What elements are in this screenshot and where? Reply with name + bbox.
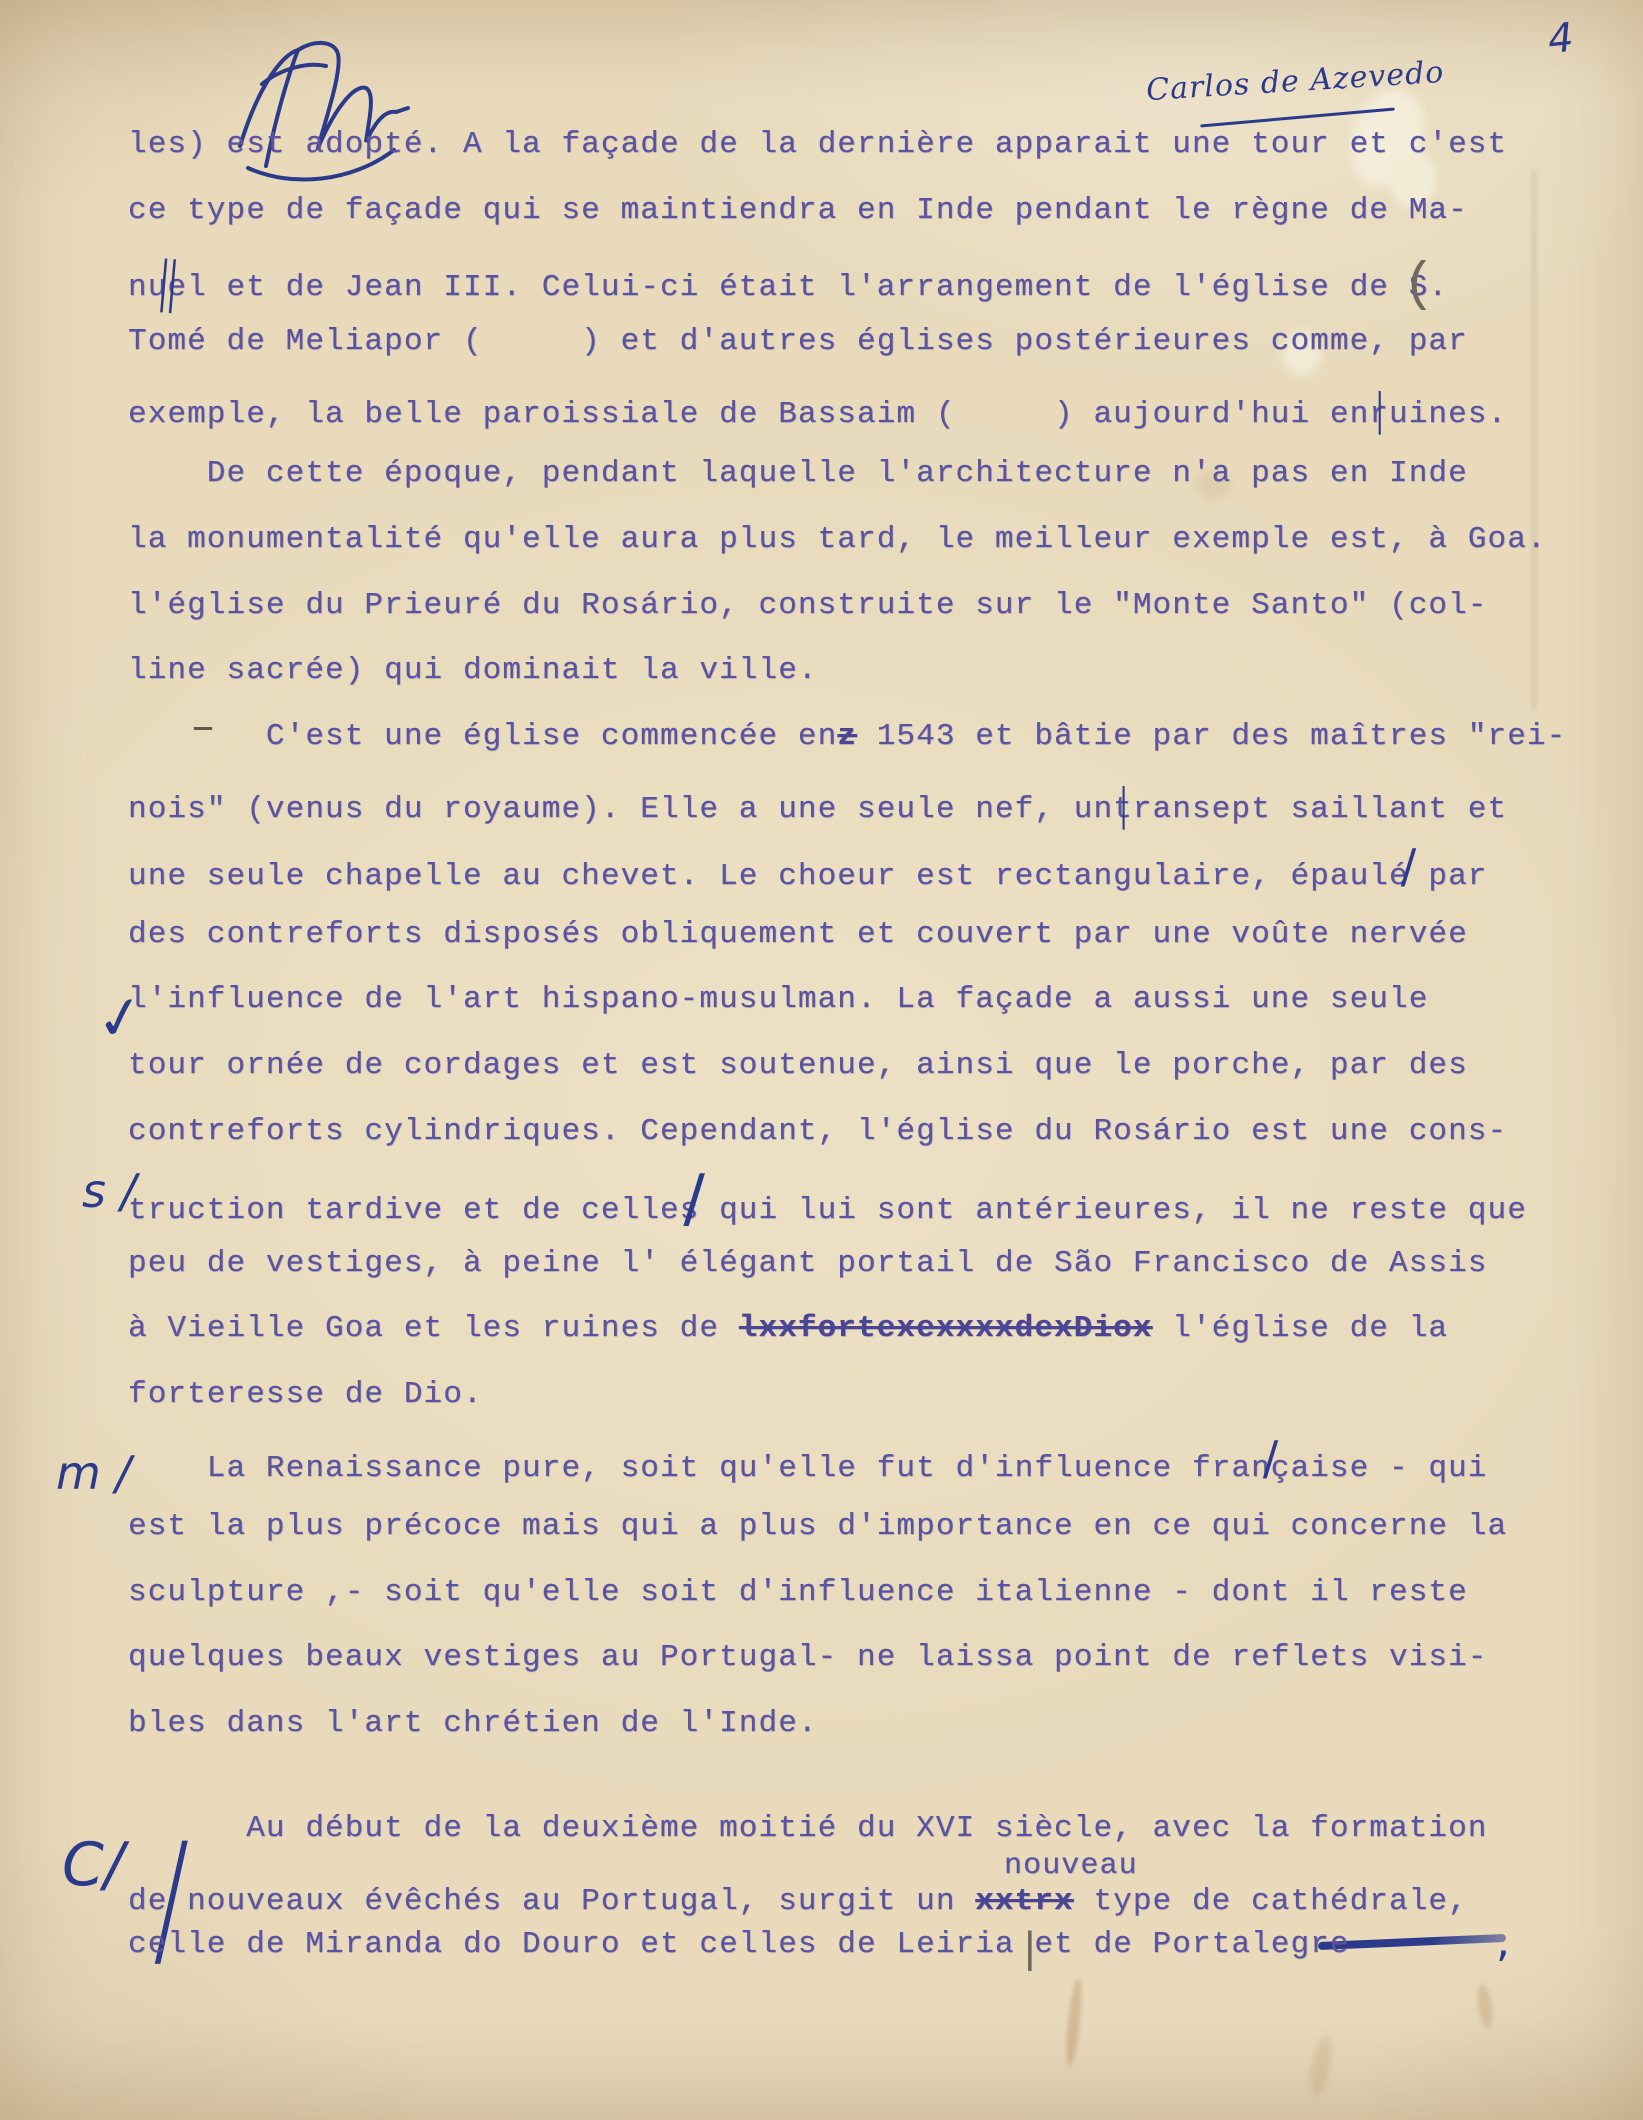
typed-text: exemple, la belle paroissiale de Bassaim… xyxy=(128,397,1369,432)
typed-text: çaise - qui xyxy=(1271,1451,1488,1486)
typed-line: les) est adopté. A la façade de la derni… xyxy=(128,112,1588,178)
paper-stain xyxy=(1475,1983,1495,2029)
typed-line: tour ornée de cordages et est soutenue, … xyxy=(128,1033,1588,1099)
typed-text: qui lui sont antérieures, il ne reste qu… xyxy=(699,1193,1527,1228)
typed-line: exemple, la belle paroissiale de Bassaim… xyxy=(128,375,1588,441)
typed-interline-insert: nouveau xyxy=(128,1851,1588,1885)
typed-line: truction tardive et de celles/ qui lui s… xyxy=(128,1165,1588,1231)
typed-text: 1543 et bâtie par des maîtres "rei- xyxy=(857,719,1566,754)
struck-character: z xyxy=(837,719,857,754)
typed-text: et de Jean III. Celui-ci était l'arrange… xyxy=(207,270,1409,305)
typed-line: est la plus précoce mais qui a plus d'im… xyxy=(128,1494,1588,1560)
typed-line: line sacrée) qui dominait la ville. xyxy=(128,638,1588,704)
typed-text: type de cathédrale, xyxy=(1074,1884,1468,1919)
typed-line: l'église du Prieuré du Rosário, construi… xyxy=(128,573,1588,639)
typed-line: une seule chapelle au chevet. Le choeur … xyxy=(128,836,1588,902)
typed-text-block: les) est adopté. A la façade de la derni… xyxy=(128,112,1588,1963)
typed-line: contreforts cylindriques. Cependant, l'é… xyxy=(128,1099,1588,1165)
typed-line: la monumentalité qu'elle aura plus tard,… xyxy=(128,507,1588,573)
document-page: Carlos de Azevedo 4 — ✓ s / m / C/ / , l… xyxy=(0,0,1643,2120)
typed-line: peu de vestiges, à peine l' élégant port… xyxy=(128,1231,1588,1297)
typed-text: l'église de la xyxy=(1153,1311,1449,1346)
typed-line: quelques beaux vestiges au Portugal- ne … xyxy=(128,1625,1588,1691)
typed-line: forteresse de Dio. xyxy=(128,1362,1588,1428)
typed-text: transept saillant et xyxy=(1113,792,1507,827)
typed-text: truction tardive et de celles xyxy=(128,1193,699,1228)
typed-text: nois" (venus du royaume). Elle a une seu… xyxy=(128,792,1113,827)
typed-line: ce type de façade qui se maintiendra en … xyxy=(128,178,1588,244)
struck-out-text: xxtrx xyxy=(975,1884,1074,1919)
handwritten-signature: Carlos de Azevedo xyxy=(1145,55,1445,108)
struck-out-text: lxxfortexexxxxdexDiox xyxy=(739,1311,1153,1346)
paper-stain xyxy=(1307,2035,1335,2097)
typed-line: De cette époque, pendant laquelle l'arch… xyxy=(128,441,1588,507)
typed-line: Au début de la deuxième moitié du XVI si… xyxy=(128,1807,1588,1851)
margin-c-mark: C/ xyxy=(62,1830,124,1900)
typed-line: de nouveaux évêchés au Portugal, surgit … xyxy=(128,1885,1588,1923)
margin-m-mark: m / xyxy=(56,1446,131,1500)
typed-text: C'est une église commencée en xyxy=(128,719,837,754)
typed-line: celle de Miranda do Douro et celles de L… xyxy=(128,1923,1588,1963)
typed-line: La Renaissance pure, soit qu'elle fut d'… xyxy=(128,1428,1588,1494)
typed-text: de nouveaux évêchés au Portugal, surgit … xyxy=(128,1884,975,1919)
typed-text: ruines. xyxy=(1369,397,1507,432)
page-number: 4 xyxy=(1546,15,1576,63)
typed-line: nuel‖ et de Jean III. Celui-ci était l'a… xyxy=(128,244,1588,310)
typed-line: C'est une église commencée enz 1543 et b… xyxy=(128,704,1588,770)
typed-line: l'influence de l'art hispano-musulman. L… xyxy=(128,967,1588,1033)
typed-text: par xyxy=(1409,859,1488,894)
typed-text: à Vieille Goa et les ruines de xyxy=(128,1311,739,1346)
typed-line: sculpture ,- soit qu'elle soit d'influen… xyxy=(128,1560,1588,1626)
typed-text: celle de Miranda do Douro et celles de L… xyxy=(128,1927,1015,1962)
typed-text: une seule chapelle au chevet. Le choeur … xyxy=(128,859,1409,894)
typed-text: La Renaissance pure, soit qu'elle fut d'… xyxy=(128,1451,1271,1486)
typed-line: bles dans l'art chrétien de l'Inde. xyxy=(128,1691,1588,1757)
typed-line: Tomé de Meliapor ( ) et d'autres églises… xyxy=(128,309,1588,375)
typed-line: à Vieille Goa et les ruines de lxxfortex… xyxy=(128,1296,1588,1362)
paper-stain xyxy=(1063,1978,1084,2067)
typed-line: des contreforts disposés obliquement et … xyxy=(128,902,1588,968)
typed-text: et de Portalegre xyxy=(1015,1927,1350,1962)
typed-line: nois" (venus du royaume). Elle a une seu… xyxy=(128,770,1588,836)
